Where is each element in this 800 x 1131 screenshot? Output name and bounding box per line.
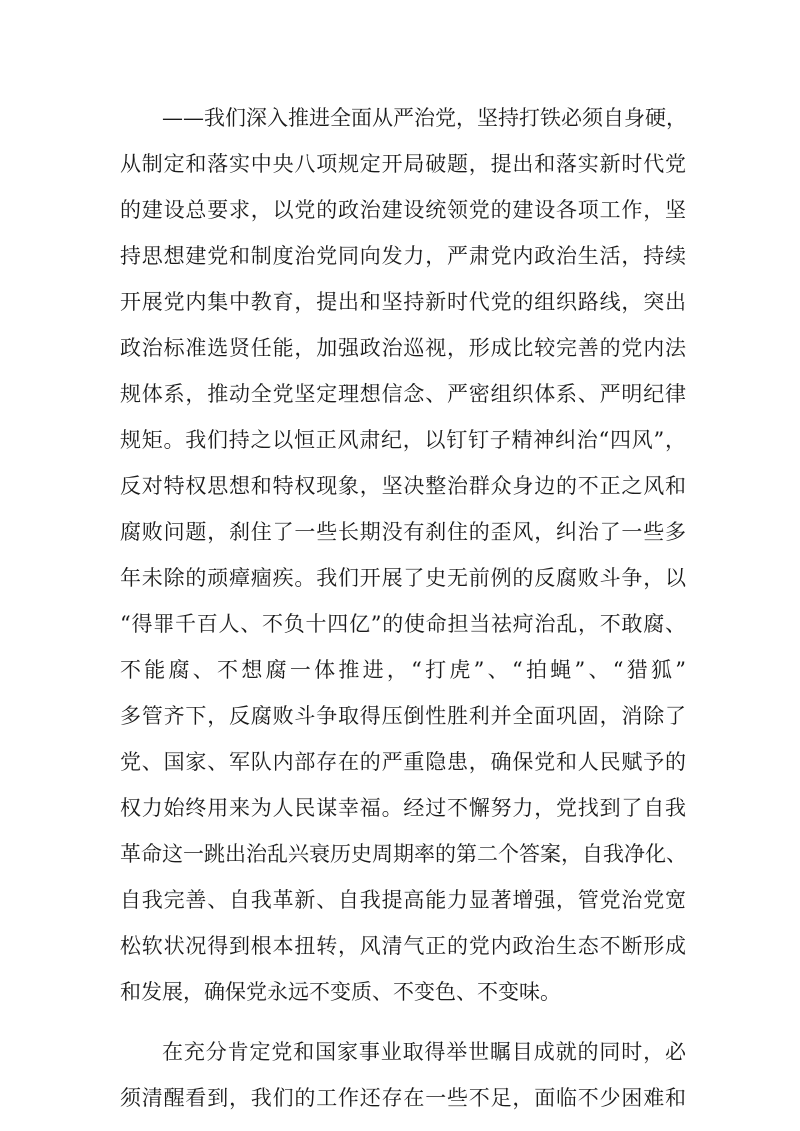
- paragraph-1-line-1: ——我们深入推进全面从严治党，坚持打铁必须自身硬，: [162, 103, 686, 133]
- paragraph-1-line-18: 自我完善、自我革新、自我提高能力显著增强，管党治党宽: [120, 885, 686, 915]
- document-page: ——我们深入推进全面从严治党，坚持打铁必须自身硬， 从制定和落实中央八项规定开局…: [0, 0, 800, 1131]
- paragraph-1-line-15: 党、国家、军队内部存在的严重隐患，确保党和人民赋予的: [120, 747, 686, 777]
- paragraph-1-line-9: 反对特权思想和特权现象，坚决整治群众身边的不正之风和: [120, 471, 686, 501]
- paragraph-1-line-6: 政治标准选贤任能，加强政治巡视，形成比较完善的党内法: [120, 333, 686, 363]
- paragraph-1-line-5: 开展党内集中教育，提出和坚持新时代党的组织路线，突出: [120, 287, 686, 317]
- paragraph-1-line-11: 年未除的顽瘴痼疾。我们开展了史无前例的反腐败斗争，以: [120, 563, 686, 593]
- paragraph-1-line-20: 和发展，确保党永远不变质、不变色、不变味。: [120, 977, 686, 1007]
- paragraph-1-line-12: “得罪千百人、不负十四亿”的使命担当祛疴治乱，不敢腐、: [120, 609, 686, 639]
- paragraph-1-line-7: 规体系，推动全党坚定理想信念、严密组织体系、严明纪律: [120, 379, 686, 409]
- paragraph-1-line-14: 多管齐下，反腐败斗争取得压倒性胜利并全面巩固，消除了: [120, 701, 686, 731]
- paragraph-1-line-2: 从制定和落实中央八项规定开局破题，提出和落实新时代党: [120, 149, 686, 179]
- paragraph-2-line-2: 须清醒看到，我们的工作还存在一些不足，面临不少困难和: [120, 1083, 686, 1113]
- paragraph-1-line-4: 持思想建党和制度治党同向发力，严肃党内政治生活，持续: [120, 241, 686, 271]
- paragraph-2-line-1: 在充分肯定党和国家事业取得举世瞩目成就的同时，必: [162, 1037, 686, 1067]
- paragraph-1-line-13: 不能腐、不想腐一体推进，“打虎”、“拍蝇”、“猎狐”: [120, 655, 686, 685]
- paragraph-1-line-3: 的建设总要求，以党的政治建设统领党的建设各项工作，坚: [120, 195, 686, 225]
- paragraph-1-line-16: 权力始终用来为人民谋幸福。经过不懈努力，党找到了自我: [120, 793, 686, 823]
- paragraph-1-line-19: 松软状况得到根本扭转，风清气正的党内政治生态不断形成: [120, 931, 686, 961]
- paragraph-1-line-8: 规矩。我们持之以恒正风肃纪，以钉钉子精神纠治“四风”，: [120, 425, 686, 455]
- paragraph-1-line-17: 革命这一跳出治乱兴衰历史周期率的第二个答案，自我净化、: [120, 839, 686, 869]
- paragraph-1-line-10: 腐败问题，刹住了一些长期没有刹住的歪风，纠治了一些多: [120, 517, 686, 547]
